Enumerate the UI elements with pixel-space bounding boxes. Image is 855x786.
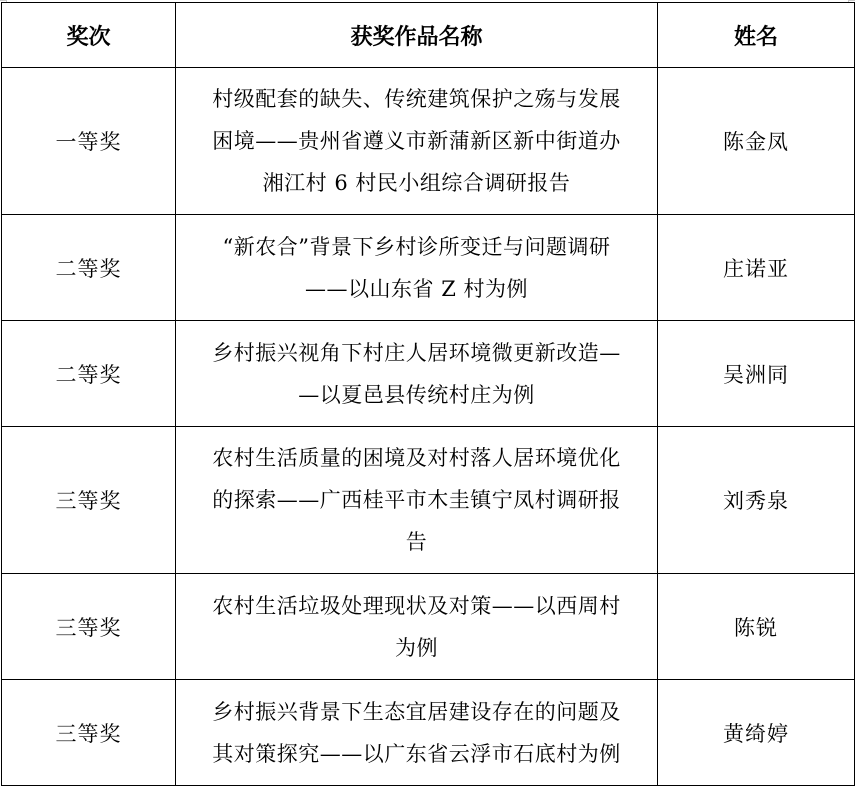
rank-cell: 一等奖 [2,68,176,215]
title-cell: “新农合”背景下乡村诊所变迁与问题调研 ——以山东省 Z 村为例 [176,215,658,321]
title-cell: 农村生活质量的困境及对村落人居环境优化 的探索——广西桂平市木圭镇宁凤村调研报 … [176,427,658,574]
header-name: 姓名 [658,3,855,68]
name-cell: 吴洲同 [658,321,855,427]
awards-table: 奖次 获奖作品名称 姓名 一等奖 村级配套的缺失、传统建筑保护之殇与发展 困境—… [1,2,855,786]
name-cell: 黄绮婷 [658,680,855,786]
title-line: —以夏邑县传统村庄为例 [176,374,657,416]
title-line: 农村生活质量的困境及对村落人居环境优化 [176,437,657,479]
rank-cell: 二等奖 [2,321,176,427]
title-cell: 乡村振兴视角下村庄人居环境微更新改造— —以夏邑县传统村庄为例 [176,321,658,427]
title-line: 湘江村 6 村民小组综合调研报告 [176,162,657,204]
rank-cell: 二等奖 [2,215,176,321]
title-line: ——以山东省 Z 村为例 [176,268,657,310]
title-line: 村级配套的缺失、传统建筑保护之殇与发展 [176,78,657,120]
rank-cell: 三等奖 [2,427,176,574]
rank-cell: 三等奖 [2,680,176,786]
table-row: 三等奖 农村生活质量的困境及对村落人居环境优化 的探索——广西桂平市木圭镇宁凤村… [2,427,855,574]
title-line: 的探索——广西桂平市木圭镇宁凤村调研报 [176,479,657,521]
title-cell: 农村生活垃圾处理现状及对策——以西周村 为例 [176,574,658,680]
title-line: 困境——贵州省遵义市新蒲新区新中街道办 [176,120,657,162]
table-row: 二等奖 “新农合”背景下乡村诊所变迁与问题调研 ——以山东省 Z 村为例 庄诺亚 [2,215,855,321]
header-title: 获奖作品名称 [176,3,658,68]
table-row: 一等奖 村级配套的缺失、传统建筑保护之殇与发展 困境——贵州省遵义市新蒲新区新中… [2,68,855,215]
table-row: 二等奖 乡村振兴视角下村庄人居环境微更新改造— —以夏邑县传统村庄为例 吴洲同 [2,321,855,427]
title-line: 为例 [176,627,657,669]
title-line: 乡村振兴背景下生态宜居建设存在的问题及 [176,691,657,733]
title-line: 告 [176,521,657,563]
title-cell: 村级配套的缺失、传统建筑保护之殇与发展 困境——贵州省遵义市新蒲新区新中街道办 … [176,68,658,215]
name-cell: 陈金凤 [658,68,855,215]
title-line: 乡村振兴视角下村庄人居环境微更新改造— [176,332,657,374]
name-cell: 陈锐 [658,574,855,680]
name-cell: 刘秀泉 [658,427,855,574]
title-line: 农村生活垃圾处理现状及对策——以西周村 [176,585,657,627]
header-rank: 奖次 [2,3,176,68]
rank-cell: 三等奖 [2,574,176,680]
table-row: 三等奖 农村生活垃圾处理现状及对策——以西周村 为例 陈锐 [2,574,855,680]
title-line: “新农合”背景下乡村诊所变迁与问题调研 [176,226,657,268]
title-line: 其对策探究——以广东省云浮市石底村为例 [176,733,657,775]
name-cell: 庄诺亚 [658,215,855,321]
title-cell: 乡村振兴背景下生态宜居建设存在的问题及 其对策探究——以广东省云浮市石底村为例 [176,680,658,786]
table-row: 三等奖 乡村振兴背景下生态宜居建设存在的问题及 其对策探究——以广东省云浮市石底… [2,680,855,786]
table-header-row: 奖次 获奖作品名称 姓名 [2,3,855,68]
